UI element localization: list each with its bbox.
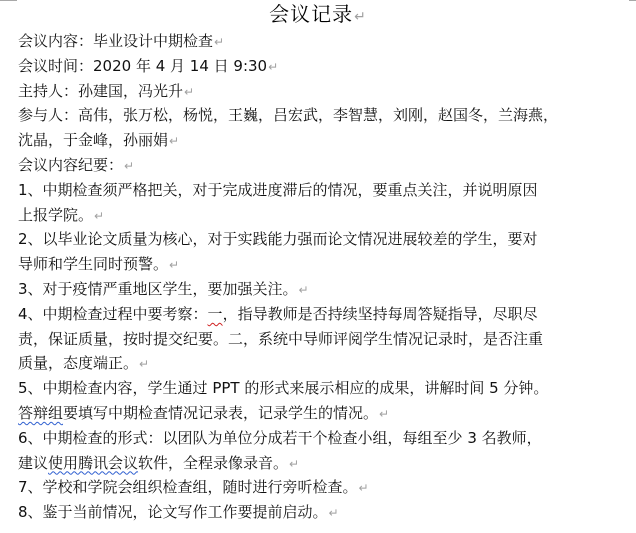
document-line[interactable]: 6、中期检查的形式：以团队为单位分成若干个检查小组，每组至少 3 名教师， xyxy=(18,426,630,451)
paragraph-mark-icon: ↵ xyxy=(214,35,224,49)
line-text: 会议内容：毕业设计中期检查 xyxy=(18,32,213,50)
line-text: 参与人：高伟，张万松，杨悦，王巍，吕宏武，李智慧，刘刚，赵国冬，兰海燕， xyxy=(18,106,558,124)
paragraph-mark-icon: ↵ xyxy=(379,407,389,421)
paragraph-mark-icon: ↵ xyxy=(184,85,194,99)
document-line[interactable]: 会议内容纪要：↵ xyxy=(18,153,630,178)
paragraph-mark-icon: ↵ xyxy=(329,506,339,520)
paragraph-mark-icon: ↵ xyxy=(268,60,278,74)
line-text: 5、中期检查内容，学生通过 PPT 的形式来展示相应的成果，讲解时间 5 分钟。 xyxy=(18,379,548,397)
document-line[interactable]: 答辩组要填写中期检查情况记录表，记录学生的情况。↵ xyxy=(18,401,630,426)
document-line[interactable]: 3、对于疫情严重地区学生，要加强关注。↵ xyxy=(18,277,630,302)
line-text: 主持人：孙建国，冯光升 xyxy=(18,82,183,100)
paragraph-mark-icon: ↵ xyxy=(169,258,179,272)
document-line[interactable]: 沈晶，于金峰，孙丽娟↵ xyxy=(18,128,630,153)
line-text: 沈晶，于金峰，孙丽娟 xyxy=(18,131,168,149)
document-line[interactable]: 会议时间：2020 年 4 月 14 日 9:30↵ xyxy=(18,54,630,79)
line-text: 2、以毕业论文质量为核心，对于实践能力强而论文情况进展较差的学生，要对 xyxy=(18,230,538,248)
document-line[interactable]: 4、中期检查过程中要考察：一，指导教师是否持续坚持每周答疑指导，尽职尽 xyxy=(18,302,630,327)
line-text: ，指导教师是否持续坚持每周答疑指导，尽职尽 xyxy=(223,305,538,323)
document-line[interactable]: 上报学院。↵ xyxy=(18,203,630,228)
document-line[interactable]: 导师和学生同时预警。↵ xyxy=(18,252,630,277)
document-body[interactable]: 会议内容：毕业设计中期检查↵会议时间：2020 年 4 月 14 日 9:30↵… xyxy=(18,29,630,525)
line-text: 导师和学生同时预警。 xyxy=(18,255,168,273)
document-line[interactable]: 责，保证质量，按时提交纪要。二，系统中导师评阅学生情况记录时，是否注重 xyxy=(18,327,630,352)
paragraph-mark-icon: ↵ xyxy=(94,209,104,223)
document-line[interactable]: 建议使用腾讯会议软件，全程录像录音。↵ xyxy=(18,451,630,476)
document-line[interactable]: 8、鉴于当前情况，论文写作工作要提前启动。↵ xyxy=(18,500,630,525)
paragraph-mark-icon: ↵ xyxy=(354,9,367,25)
document-line[interactable]: 5、中期检查内容，学生通过 PPT 的形式来展示相应的成果，讲解时间 5 分钟。 xyxy=(18,376,630,401)
paragraph-mark-icon: ↵ xyxy=(299,283,309,297)
paragraph-mark-icon: ↵ xyxy=(359,481,369,495)
line-text: 6、中期检查的形式：以团队为单位分成若干个检查小组，每组至少 3 名教师， xyxy=(18,429,542,447)
document-line[interactable]: 1、中期检查须严格把关，对于完成进度滞后的情况，要重点关注，并说明原因 xyxy=(18,178,630,203)
document-line[interactable]: 2、以毕业论文质量为核心，对于实践能力强而论文情况进展较差的学生，要对 xyxy=(18,227,630,252)
line-text: 1、中期检查须严格把关，对于完成进度滞后的情况，要重点关注，并说明原因 xyxy=(18,181,538,199)
paragraph-mark-icon: ↵ xyxy=(289,457,299,471)
document-line[interactable]: 7、学校和学院会组织检查组，随时进行旁听检查。↵ xyxy=(18,475,630,500)
line-text: 上报学院。 xyxy=(18,206,93,224)
line-text: 质量，态度端正。 xyxy=(18,354,138,372)
line-text: 会议时间：2020 年 4 月 14 日 9:30 xyxy=(18,57,267,75)
line-text: 软件，全程录像录音。 xyxy=(138,454,288,472)
document-title-text: 会议记录 xyxy=(269,2,353,26)
document-line[interactable]: 主持人：孙建国，冯光升↵ xyxy=(18,79,630,104)
paragraph-mark-icon: ↵ xyxy=(124,159,134,173)
document-line[interactable]: 质量，态度端正。↵ xyxy=(18,351,630,376)
line-text: 会议内容纪要： xyxy=(18,156,123,174)
document-title[interactable]: 会议记录↵ xyxy=(0,1,636,30)
line-text: 7、学校和学院会组织检查组，随时进行旁听检查。 xyxy=(18,478,358,496)
line-text: 建议 xyxy=(18,454,48,472)
paragraph-mark-icon: ↵ xyxy=(139,357,149,371)
line-text: 4、中期检查过程中要考察： xyxy=(18,305,208,323)
paragraph-mark-icon: ↵ xyxy=(169,134,179,148)
spelling-flag[interactable]: 一 xyxy=(208,305,223,323)
document-line[interactable]: 会议内容：毕业设计中期检查↵ xyxy=(18,29,630,54)
line-text: 要填写中期检查情况记录表，记录学生的情况。 xyxy=(63,404,378,422)
document-line[interactable]: 参与人：高伟，张万松，杨悦，王巍，吕宏武，李智慧，刘刚，赵国冬，兰海燕， xyxy=(18,103,630,128)
line-text: 8、鉴于当前情况，论文写作工作要提前启动。 xyxy=(18,503,328,521)
line-text: 责，保证质量，按时提交纪要。二，系统中导师评阅学生情况记录时，是否注重 xyxy=(18,330,543,348)
grammar-flag[interactable]: 答辩组 xyxy=(18,404,63,422)
grammar-flag[interactable]: 使用腾讯会议 xyxy=(48,454,138,472)
line-text: 3、对于疫情严重地区学生，要加强关注。 xyxy=(18,280,298,298)
